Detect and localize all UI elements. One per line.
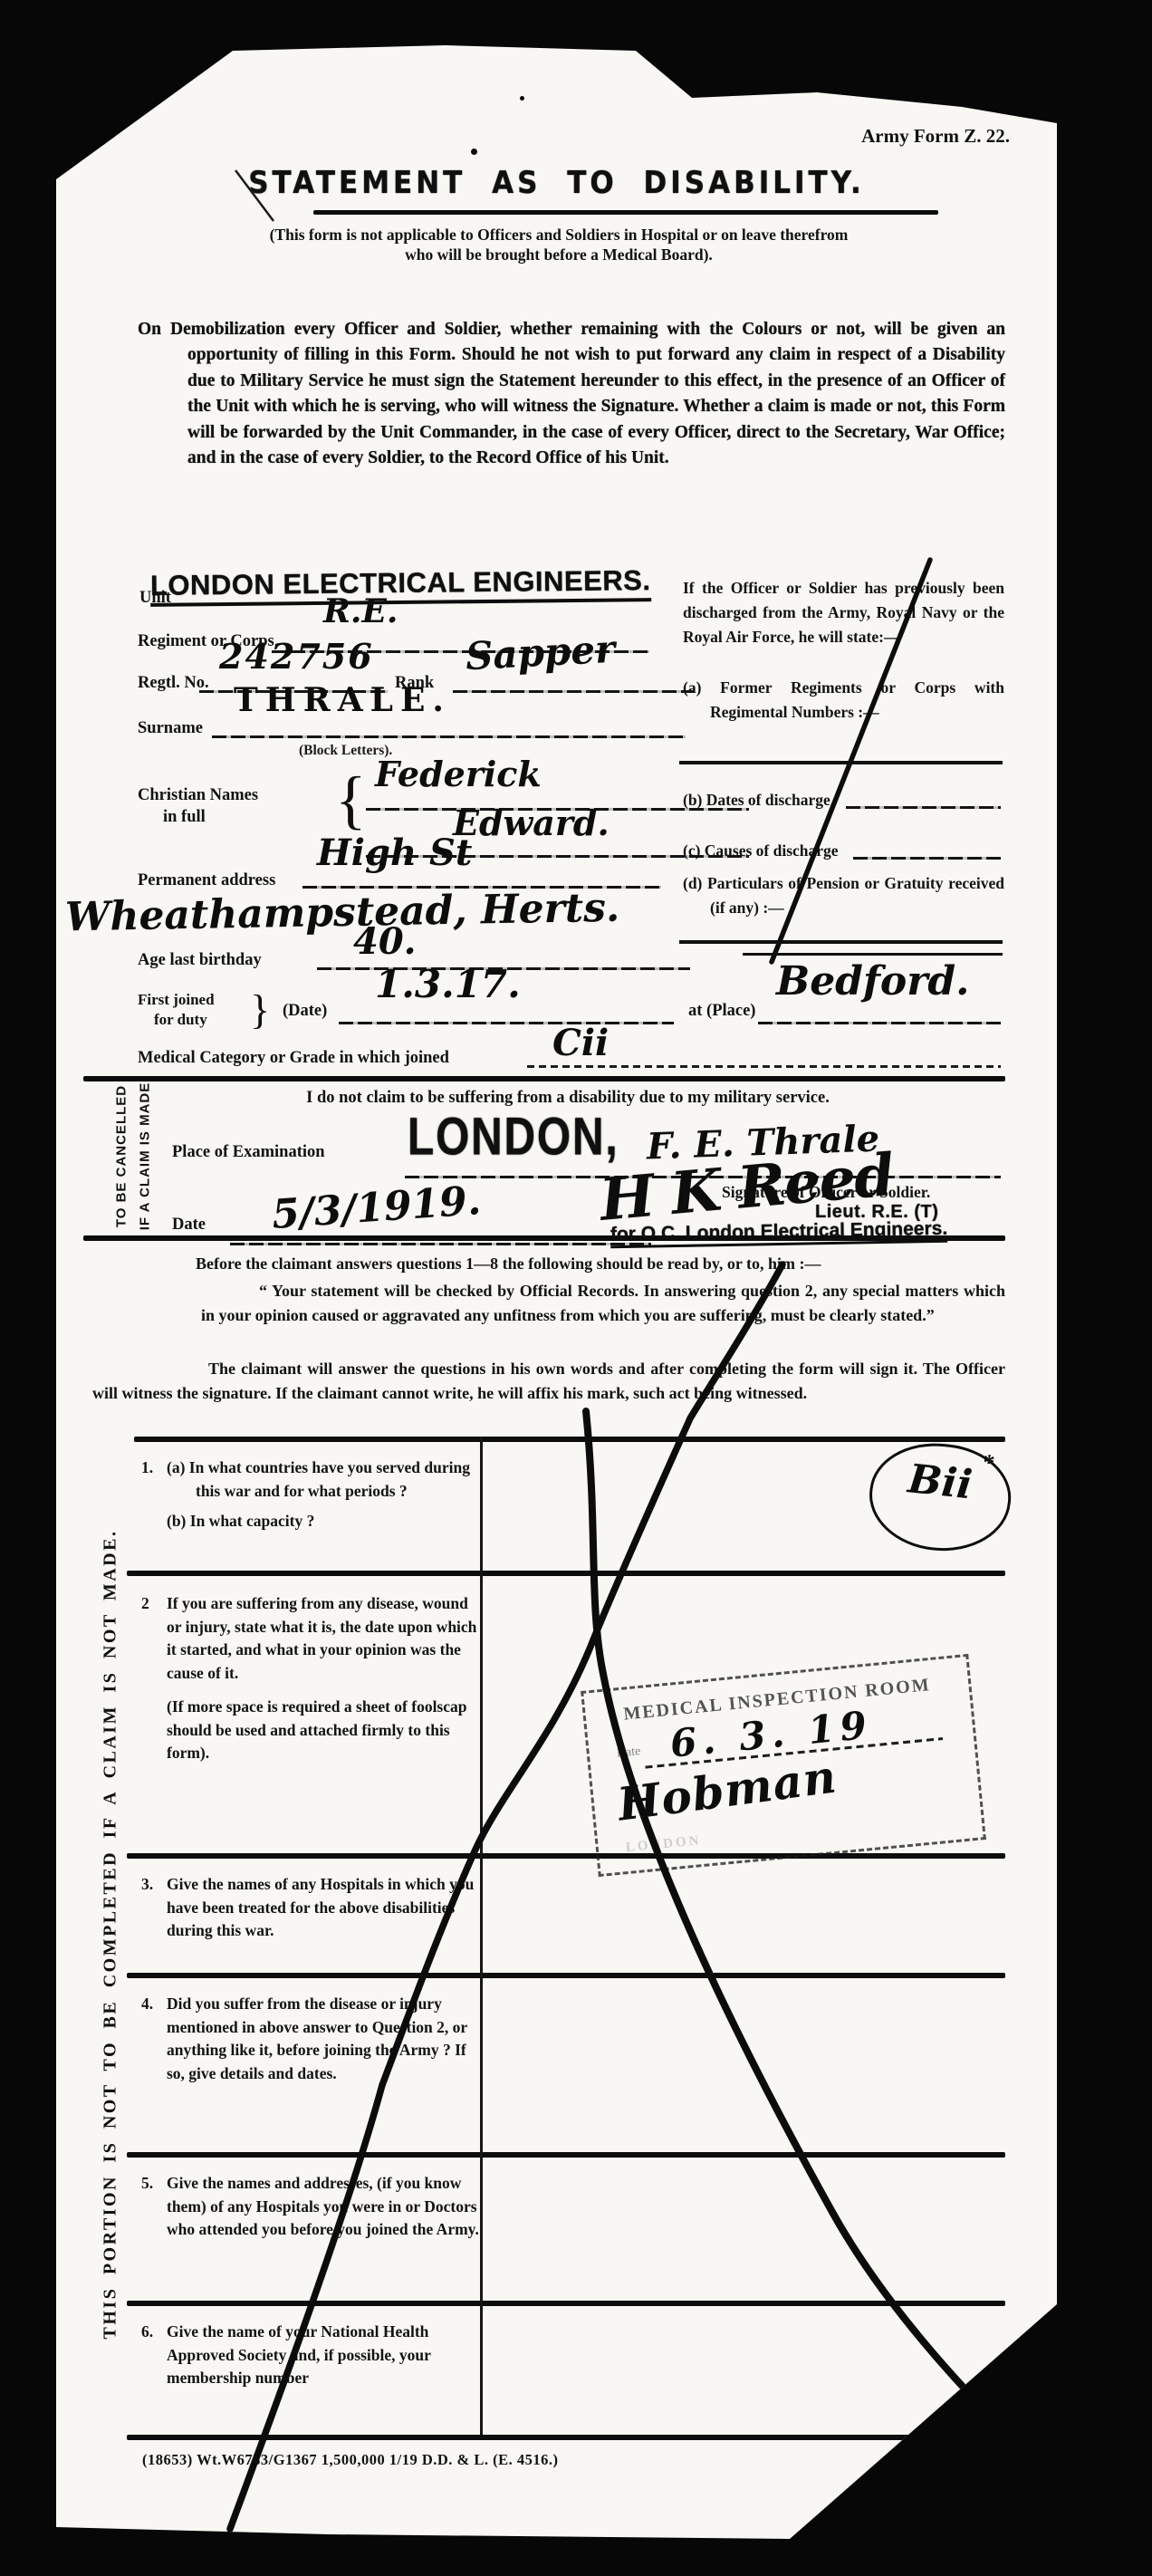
surname-label: Surname xyxy=(138,719,203,738)
place-of-examination-stamp: LONDON, xyxy=(408,1107,619,1168)
discharge-item-c: (c) Causes of discharge xyxy=(683,839,839,863)
instructions-p2: “ Your statement will be checked by Offi… xyxy=(201,1279,1005,1328)
declaration-date-label: Date xyxy=(172,1216,206,1235)
medical-category-value: Cii xyxy=(552,1022,609,1064)
medical-stamp-signature: Hobman xyxy=(615,1749,840,1831)
question-5: 5. Give the names and addresses, (if you… xyxy=(167,2172,485,2242)
address-value-1: High St xyxy=(317,831,472,874)
question-6: 6. Give the name of your National Health… xyxy=(167,2321,485,2390)
question-3-number: 3. xyxy=(141,1873,153,1897)
discharge-item-d: (d) Particulars of Pension or Gratuity r… xyxy=(683,871,1004,920)
question-2-note: (If more space is required a sheet of fo… xyxy=(167,1696,485,1765)
question-3: 3. Give the names of any Hospitals in wh… xyxy=(167,1873,485,1943)
question-1-number: 1. xyxy=(141,1456,153,1480)
regtl-no-value: 242756 xyxy=(219,636,374,677)
unit-value-stamp: LONDON ELECTRICAL ENGINEERS. xyxy=(150,564,651,607)
question-1b: (b) In what capacity ? xyxy=(167,1510,485,1533)
questions-side-note: THIS PORTION IS NOT TO BE COMPLETED IF A… xyxy=(101,1441,121,2428)
discharge-item-a: (a) Former Regiments or Corps with Regim… xyxy=(683,676,1004,725)
christian-name-2: Edward. xyxy=(453,803,610,843)
instructions-p3: The claimant will answer the questions i… xyxy=(92,1357,1005,1405)
instructions-p1: Before the claimant answers questions 1—… xyxy=(139,1252,1002,1275)
question-3-text: Give the names of any Hospitals in which… xyxy=(167,1873,485,1943)
grade-annotation-circle: Bii * xyxy=(864,1437,1015,1558)
question-5-number: 5. xyxy=(141,2172,153,2196)
declaration-side-note-1: TO BE CANCELLED xyxy=(114,1075,130,1238)
question-2-number: 2 xyxy=(141,1592,149,1616)
christian-names-label-2: in full xyxy=(163,808,206,827)
medical-stamp-faint-text: LONDON xyxy=(625,1833,702,1856)
form-subtitle-line2: who will be brought before a Medical Boa… xyxy=(110,245,1007,265)
at-place-label: at (Place) xyxy=(688,1002,755,1021)
question-1: 1. (a) In what countries have you served… xyxy=(167,1456,485,1533)
form-subtitle-line1: (This form is not applicable to Officers… xyxy=(110,225,1007,245)
discharge-item-b: (b) Dates of discharge xyxy=(683,788,830,812)
discharge-intro: If the Officer or Soldier has previously… xyxy=(683,576,1004,649)
question-4-number: 4. xyxy=(141,1993,153,2016)
question-2-text: If you are suffering from any disease, w… xyxy=(167,1592,485,1685)
christian-name-1: Federick xyxy=(375,754,542,794)
age-label: Age last birthday xyxy=(138,951,262,970)
grade-annotation: Bii xyxy=(906,1456,974,1508)
question-4: 4. Did you suffer from the disease or in… xyxy=(167,1993,485,2085)
declaration-side-note-2: IF A CLAIM IS MADE xyxy=(138,1075,153,1238)
christian-brace: { xyxy=(335,763,367,838)
declaration-date-value: 5/3/1919. xyxy=(271,1177,483,1238)
rank-value: Sapper xyxy=(465,627,616,679)
surname-value: THRALE. xyxy=(234,681,451,719)
address-value-2: Wheathampstead, Herts. xyxy=(65,885,620,941)
first-joined-label-2: for duty xyxy=(154,1011,207,1029)
question-6-text: Give the name of your National Health Ap… xyxy=(167,2321,485,2390)
printer-imprint: (18653) Wt.W6783/G1367 1,500,000 1/19 D.… xyxy=(142,2451,559,2469)
officer-unit-stamp: for O.C. London Electrical Engineers. xyxy=(610,1218,948,1248)
regiment-value: R.E. xyxy=(323,592,398,630)
grade-annotation-asterisk: * xyxy=(982,1449,996,1477)
title-underline xyxy=(313,210,938,215)
medical-category-label: Medical Category or Grade in which joine… xyxy=(138,1049,449,1068)
first-joined-label-1: First joined xyxy=(138,991,215,1009)
first-joined-place: Bedford. xyxy=(776,958,970,1004)
question-1a: (a) In what countries have you served du… xyxy=(167,1456,485,1503)
paper-sheet: Army Form Z. 22. STATEMENT AS TO DISABIL… xyxy=(56,42,1057,2543)
first-joined-brace: } xyxy=(250,985,270,1033)
place-of-examination-label: Place of Examination xyxy=(172,1143,325,1162)
regtl-no-label: Regtl. No. xyxy=(138,674,209,693)
age-value: 40. xyxy=(353,920,417,963)
intro-paragraph: On Demobilization every Officer and Sold… xyxy=(138,317,1005,471)
form-number: Army Form Z. 22. xyxy=(861,125,1010,148)
form-title: STATEMENT AS TO DISABILITY. xyxy=(56,166,1057,201)
date-label: (Date) xyxy=(283,1002,327,1021)
address-label: Permanent address xyxy=(138,871,275,890)
question-5-text: Give the names and addresses, (if you kn… xyxy=(167,2172,485,2242)
scanned-document-page: Army Form Z. 22. STATEMENT AS TO DISABIL… xyxy=(0,0,1152,2576)
question-4-text: Did you suffer from the disease or injur… xyxy=(167,1993,485,2085)
question-2: 2 If you are suffering from any disease,… xyxy=(167,1592,485,1765)
christian-names-label-1: Christian Names xyxy=(138,786,258,805)
first-joined-date: 1.3.17. xyxy=(375,962,521,1006)
medical-stamp-date-word: Date xyxy=(616,1745,641,1761)
question-6-number: 6. xyxy=(141,2321,153,2344)
medical-inspection-stamp: MEDICAL INSPECTION ROOM Date 6. 3. 19 Ho… xyxy=(581,1654,986,1877)
declaration-statement: I do not claim to be suffering from a di… xyxy=(192,1089,944,1108)
